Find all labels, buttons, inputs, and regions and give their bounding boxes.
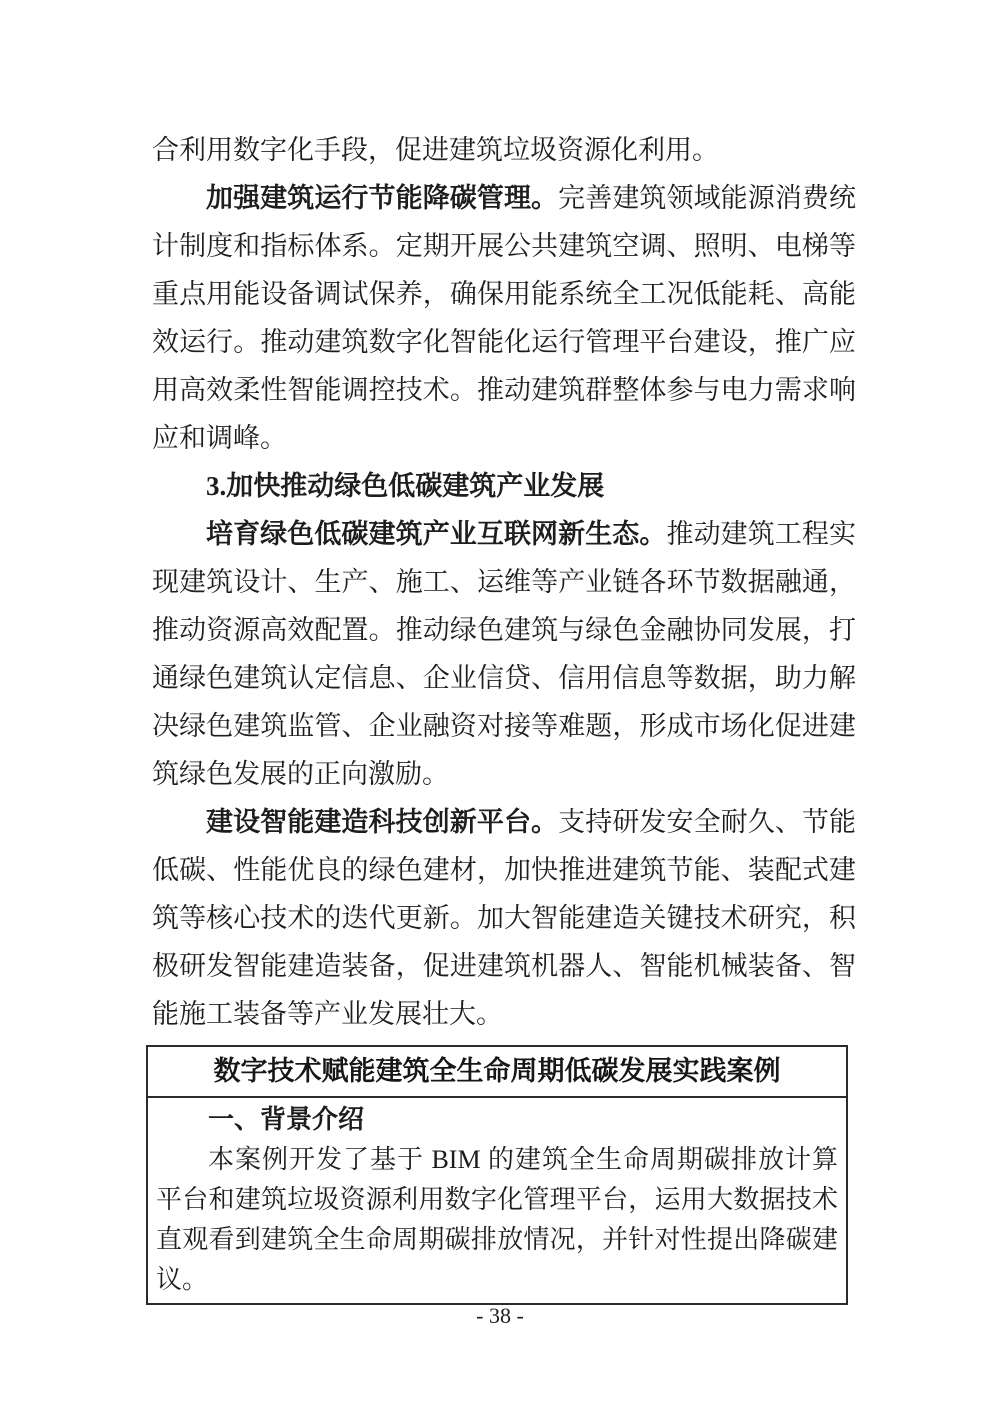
case-section-heading: 一、背景介绍 [156,1100,838,1140]
paragraph-text: 支持研发安全耐久、节能低碳、性能优良的绿色建材，加快推进建筑节能、装配式建筑等核… [152,807,856,1029]
page-number: - 38 - [476,1303,524,1328]
paragraph-lead: 建设智能建造科技创新平台。 [206,807,558,837]
paragraph: 培育绿色低碳建筑产业互联网新生态。推动建筑工程实现建筑设计、生产、施工、运维等产… [152,510,856,798]
document-page: 合利用数字化手段，促进建筑垃圾资源化利用。 加强建筑运行节能降碳管理。完善建筑领… [0,0,1000,1414]
paragraph-text: 完善建筑领域能源消费统计制度和指标体系。定期开展公共建筑空调、照明、电梯等重点用… [152,183,856,453]
paragraph-continuation: 合利用数字化手段，促进建筑垃圾资源化利用。 [152,126,856,174]
paragraph: 加强建筑运行节能降碳管理。完善建筑领域能源消费统计制度和指标体系。定期开展公共建… [152,174,856,462]
paragraph-text: 推动建筑工程实现建筑设计、生产、施工、运维等产业链各环节数据融通，推动资源高效配… [152,519,856,789]
page-footer: - 38 - [0,1302,1000,1330]
document-body: 合利用数字化手段，促进建筑垃圾资源化利用。 加强建筑运行节能降碳管理。完善建筑领… [152,126,856,1038]
paragraph-lead: 加强建筑运行节能降碳管理。 [206,183,558,213]
case-box-body: 一、背景介绍 本案例开发了基于 BIM 的建筑全生命周期碳排放计算平台和建筑垃圾… [148,1098,846,1303]
case-body-text: 本案例开发了基于 BIM 的建筑全生命周期碳排放计算平台和建筑垃圾资源利用数字化… [156,1140,838,1300]
case-box-title: 数字技术赋能建筑全生命周期低碳发展实践案例 [148,1047,846,1098]
paragraph: 建设智能建造科技创新平台。支持研发安全耐久、节能低碳、性能优良的绿色建材，加快推… [152,798,856,1038]
paragraph-text: 合利用数字化手段，促进建筑垃圾资源化利用。 [152,135,719,165]
paragraph-lead: 培育绿色低碳建筑产业互联网新生态。 [206,519,666,549]
section-heading: 3.加快推动绿色低碳建筑产业发展 [152,462,856,510]
case-study-box: 数字技术赋能建筑全生命周期低碳发展实践案例 一、背景介绍 本案例开发了基于 BI… [146,1045,848,1305]
